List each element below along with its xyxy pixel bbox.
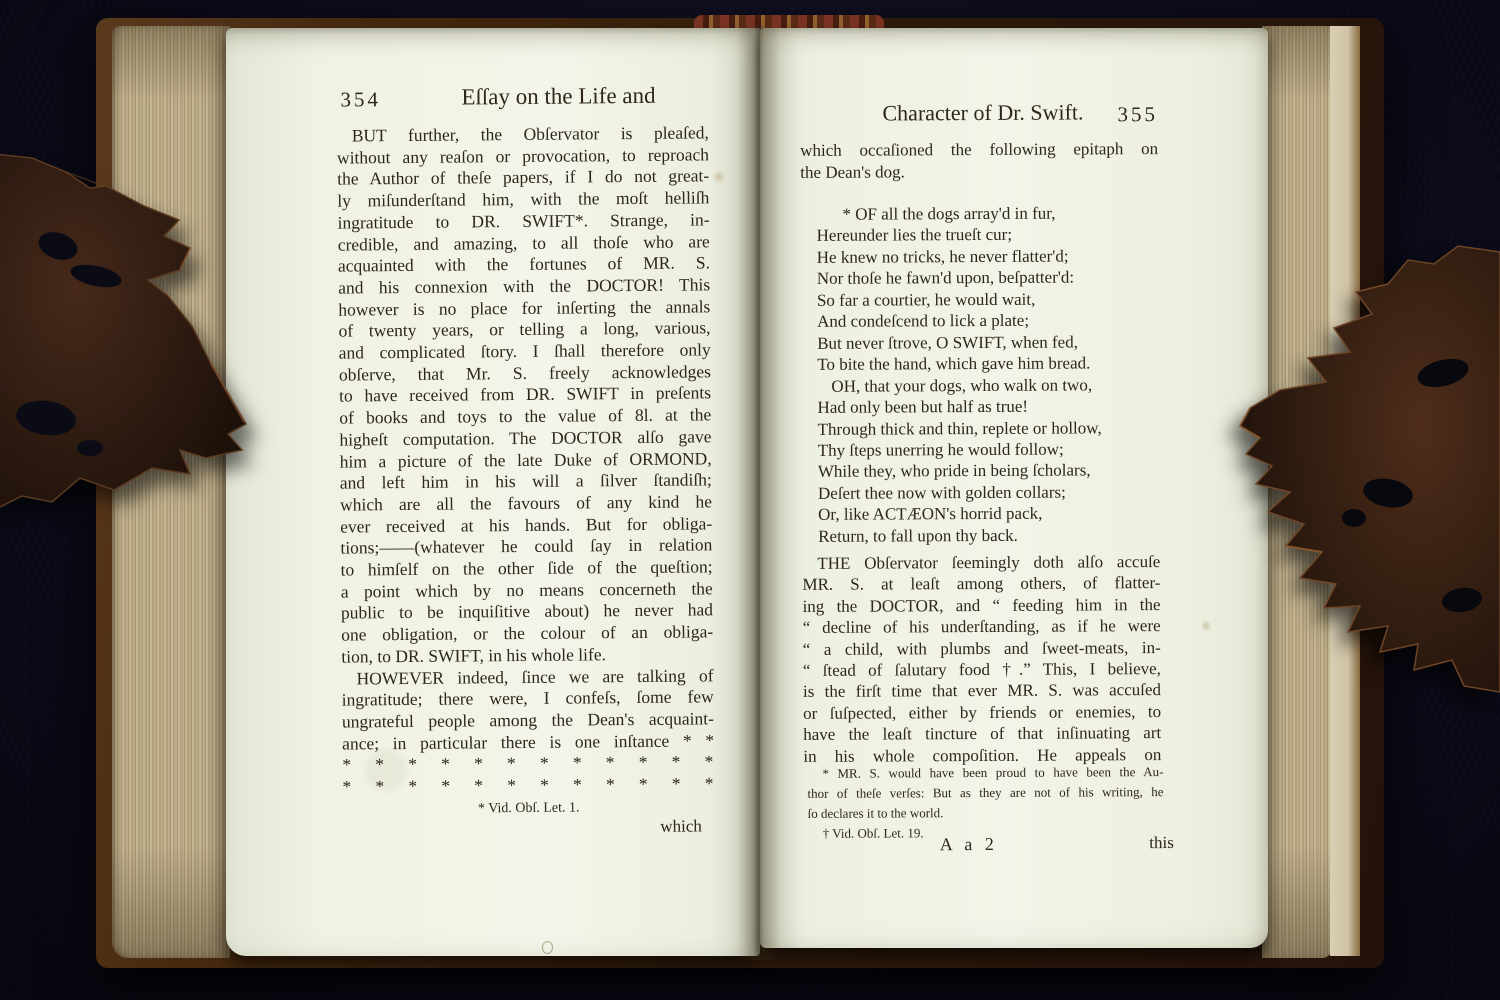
body-line: have the leaſt tincture of that inſinuat… [803,722,1161,745]
verse-line: He knew no tricks, he never flatter'd; [817,245,1161,268]
verse-line: Nor thoſe he fawn'd upon, beſpatter'd: [817,266,1161,289]
body-line: “ a child, with plumbs and ſweet-meats, … [803,637,1161,660]
right-page-header: Character of Dr. Swift. 355 [798,99,1160,129]
body-line: THE Obſervator ſeemingly doth alſo accuſ… [802,551,1160,574]
signature-mark: A a 2 [940,834,998,855]
signature-row: A a 2 this [802,833,1168,859]
right-running-title: Character of Dr. Swift. [858,99,1108,126]
right-page-intro: which occaſioned the following epitaph o… [800,138,1158,183]
right-footnotes: * MR. S. would have been proud to have b… [807,762,1163,844]
metal-clasp-right [1238,238,1500,703]
verse-line: OH, that your dogs, who walk on two, [817,374,1161,397]
body-line: ing the DOCTOR, and “ feeding him in the [802,594,1160,617]
verse-line: Deſert thee now with golden collars; [818,481,1162,504]
body-line: the Dean's dog. [800,160,1158,183]
epitaph-verse: * OF all the dogs array'd in fur, Hereun… [816,202,1162,547]
metal-clasp-left [0,128,256,548]
body-line: MR. S. at leaſt among others, of flatter… [802,572,1160,595]
verse-line: Return, to fall upon thy back. [818,524,1162,547]
verse-line: Hereunder lies the trueſt cur; [817,224,1161,247]
right-page-body: THE Obſervator ſeemingly doth alſo accuſ… [802,551,1161,767]
body-line: which occaſioned the following epitaph o… [800,138,1158,161]
verse-line: * OF all the dogs array'd in fur, [816,202,1160,225]
verse-line: To bite the hand, which gave him bread. [817,352,1161,375]
footnote-line: ſo declares it to the world. [808,802,1164,824]
verse-line: But never ſtrove, O SWIFT, when fed, [817,331,1161,354]
right-page-number: 355 [1117,102,1158,127]
body-line: “ ſtead of ſalutary food †.” This, I bel… [803,658,1161,681]
body-line: “ decline of his underſtanding, as if he… [803,615,1161,638]
body-line: or ſuſpected, either by friends or enemi… [803,701,1161,724]
footnote-line: * MR. S. would have been proud to have b… [807,762,1163,784]
verse-line: Had only been but half as true! [817,395,1161,418]
body-line: is the firſt time that ever MR. S. was a… [803,679,1161,702]
verse-line: So far a courtier, he would wait, [817,288,1161,311]
verse-line: Or, like ACTÆON's horrid pack, [818,502,1162,525]
verse-line: While they, who pride in being ſcholars, [818,459,1162,482]
verse-line: And condeſcend to lick a plate; [817,309,1161,332]
photo-scene: 354 Eſſay on the Life and BUT further, t… [0,0,1500,1000]
right-catchword: this [1149,833,1174,853]
footnote-line: thor of theſe verſes: But as they are no… [807,782,1163,804]
verse-line: Thy ſteps unerring he would follow; [818,438,1162,461]
verse-line: Through thick and thin, replete or hollo… [818,417,1162,440]
